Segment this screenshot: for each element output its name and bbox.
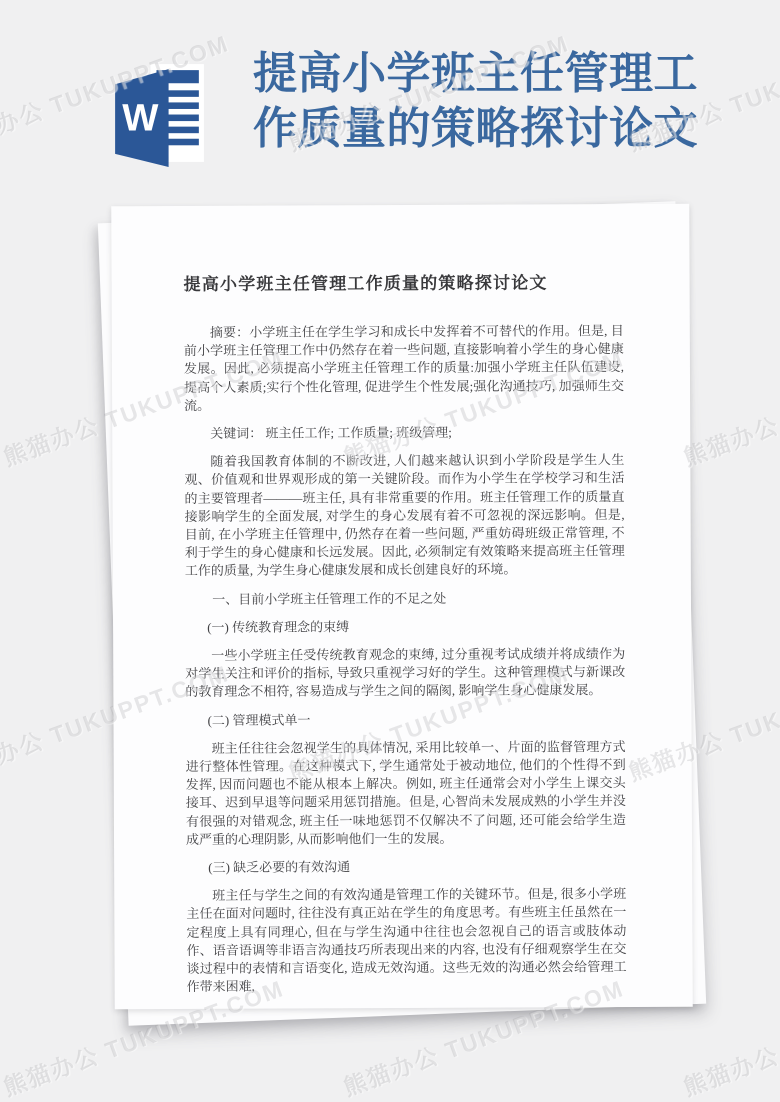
subsection-heading: (一) 传统教育理念的束缚 bbox=[185, 617, 625, 637]
document-preview: 提高小学班主任管理工作质量的策略探讨论文 摘要：小学班主任在学生学习和成长中发挥… bbox=[113, 205, 691, 1008]
subsection-heading: (三) 缺乏必要的有效沟通 bbox=[186, 857, 626, 877]
page-header: W 提高小学班主任管理工作质量的策略探讨论文 bbox=[0, 0, 780, 200]
document-title: 提高小学班主任管理工作质量的策略探讨论文 bbox=[184, 270, 624, 297]
paragraph: 关键词： 班主任工作; 工作质量; 班级管理; bbox=[184, 423, 624, 443]
paragraph: 班主任与学生之间的有效沟通是管理工作的关键环节。但是, 很多小学班主任在面对问题… bbox=[186, 885, 626, 996]
paragraph: 随着我国教育体制的不断改进, 人们越来越认识到小学阶段是学生人生观、价值观和世界… bbox=[184, 451, 625, 580]
paragraph: 摘要：小学班主任在学生学习和成长中发挥着不可替代的作用。但是, 目前小学班主任管… bbox=[184, 322, 624, 415]
document-body: 摘要：小学班主任在学生学习和成长中发挥着不可替代的作用。但是, 目前小学班主任管… bbox=[184, 322, 627, 996]
site-watermark: 熊猫办公 TUKUPPT.COM bbox=[678, 340, 780, 472]
document-page[interactable]: 提高小学班主任管理工作质量的策略探讨论文 摘要：小学班主任在学生学习和成长中发挥… bbox=[111, 204, 692, 1010]
svg-text:W: W bbox=[122, 97, 159, 140]
paragraph: 班主任往往会忽视学生的具体情况, 采用比较单一、片面的监督管理方式进行整体性管理… bbox=[186, 738, 626, 849]
page-title: 提高小学班主任管理工作质量的策略探讨论文 bbox=[253, 46, 715, 156]
subsection-heading: (二) 管理模式单一 bbox=[185, 710, 625, 730]
paragraph: 一些小学班主任受传统教育观念的束缚, 过分重视考试成绩并将成绩作为对学生关注和评… bbox=[185, 645, 625, 702]
word-document-icon: W bbox=[112, 56, 206, 169]
section-heading: 一、目前小学班主任管理工作的不足之处 bbox=[185, 589, 625, 609]
